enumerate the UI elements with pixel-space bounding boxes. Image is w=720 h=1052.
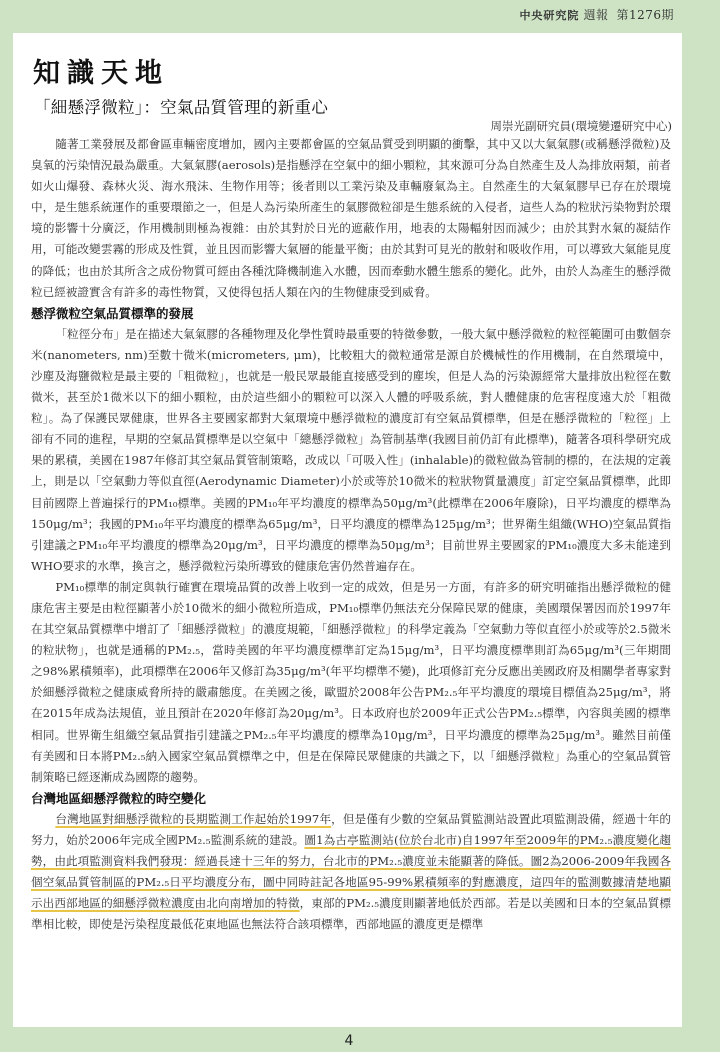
masthead-brand: 中央研究院	[519, 9, 579, 22]
masthead-publication: 週報	[583, 8, 608, 22]
paragraph-pm25: PM₁₀標準的制定與執行確實在環境品質的改善上收到一定的成效，但是另一方面，有許…	[31, 577, 671, 788]
paragraph-particle-size: 「粒徑分布」是在描述大氣氣膠的各種物理及化學性質時最重要的特徵參數，一般大氣中懸…	[31, 324, 671, 577]
highlight-1: 台灣地區對細懸浮微粒的長期監測工作起始於1997年	[55, 812, 331, 826]
subheading-standards: 懸浮微粒空氣品質標準的發展	[31, 303, 671, 324]
paragraph-intro: 隨著工業發展及都會區車輛密度增加，國內主要都會區的空氣品質受到明顯的衝擊，其中又…	[31, 134, 671, 303]
page-number: 4	[0, 1033, 698, 1049]
masthead-issue: 第1276期	[616, 8, 674, 22]
page-sheet: 知識天地 「細懸浮微粒」：空氣品質管理的新重心 周崇光副研究員(環境變遷研究中心…	[13, 33, 682, 1027]
article-title: 「細懸浮微粒」：空氣品質管理的新重心	[34, 94, 328, 118]
section-title: 知識天地	[33, 51, 169, 90]
masthead: 中央研究院週報第1276期	[519, 6, 674, 23]
article-body: 隨著工業發展及都會區車輛密度增加，國內主要都會區的空氣品質受到明顯的衝擊，其中又…	[31, 134, 671, 935]
article-author: 周崇光副研究員(環境變遷研究中心)	[491, 118, 672, 134]
subheading-taiwan: 台灣地區細懸浮微粒的時空變化	[31, 788, 671, 809]
paragraph-taiwan: 台灣地區對細懸浮微粒的長期監測工作起始於1997年，但是僅有少數的空氣品質監測站…	[31, 809, 671, 936]
